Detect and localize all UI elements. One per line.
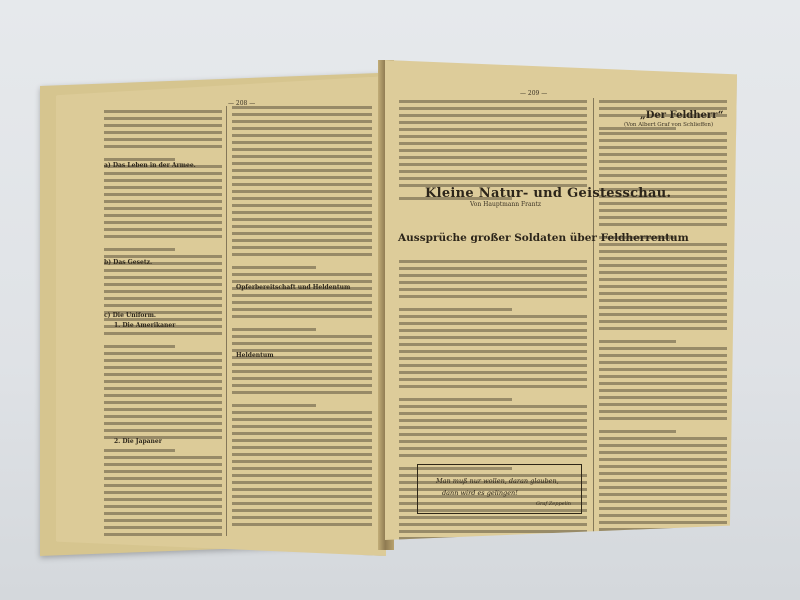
section-heading: a) Das Leben in der Armee. xyxy=(104,162,196,169)
quote-box: Man muß nur wollen, daran glauben, dann … xyxy=(417,464,582,514)
section-heading: b) Das Gesetz. xyxy=(104,259,152,266)
text-line xyxy=(232,218,372,221)
text-line xyxy=(232,391,372,394)
text-line xyxy=(104,394,222,397)
text-line xyxy=(599,306,727,309)
text-line xyxy=(232,273,372,276)
text-line xyxy=(599,514,727,517)
text-line xyxy=(599,368,727,371)
text-line xyxy=(599,167,727,170)
text-line xyxy=(104,255,222,258)
section-heading: 1. Die Amerikaner xyxy=(114,322,175,329)
text-line xyxy=(104,110,222,113)
article-title: Kleine Natur- und Geistesschau. xyxy=(425,186,671,201)
text-line xyxy=(599,181,727,184)
text-line xyxy=(104,158,175,161)
text-line xyxy=(599,396,727,399)
text-line xyxy=(599,472,727,475)
text-line xyxy=(399,274,587,277)
right-page-number: — 209 — xyxy=(520,90,547,97)
text-line xyxy=(399,447,587,450)
text-line xyxy=(399,350,587,353)
text-line xyxy=(399,100,587,103)
section-heading: Heldentum xyxy=(236,352,274,359)
text-line xyxy=(104,408,222,411)
text-line xyxy=(599,451,727,454)
text-line xyxy=(599,417,727,420)
text-line xyxy=(399,530,587,533)
text-line xyxy=(104,290,222,293)
text-line xyxy=(232,183,372,186)
section-heading: 2. Die Japaner xyxy=(114,438,162,445)
text-line xyxy=(232,523,372,526)
text-line xyxy=(232,197,372,200)
text-line xyxy=(399,142,587,145)
text-line xyxy=(232,148,372,151)
text-line xyxy=(232,335,372,338)
text-line xyxy=(599,500,727,503)
text-line xyxy=(232,425,372,428)
text-line xyxy=(104,449,175,452)
text-line xyxy=(599,528,727,531)
text-line xyxy=(599,458,727,461)
text-line xyxy=(399,322,587,325)
text-line xyxy=(104,345,175,348)
text-line xyxy=(232,113,372,116)
text-line xyxy=(399,523,587,526)
text-line xyxy=(399,170,587,173)
text-line xyxy=(399,315,587,318)
text-line xyxy=(232,308,372,311)
text-line xyxy=(232,460,372,463)
text-line xyxy=(104,526,222,529)
text-line xyxy=(232,155,372,158)
side-article-subtitle: (Von Albert Graf von Schlieffen) xyxy=(624,122,713,128)
text-line xyxy=(232,246,372,249)
text-line xyxy=(599,257,727,260)
text-line xyxy=(104,477,222,480)
text-line xyxy=(232,141,372,144)
text-line xyxy=(599,160,727,163)
text-line xyxy=(232,169,372,172)
text-line xyxy=(104,533,222,536)
text-line xyxy=(599,465,727,468)
text-line xyxy=(399,405,587,408)
text-line xyxy=(599,100,727,103)
text-line xyxy=(599,389,727,392)
text-line xyxy=(104,415,222,418)
quote-author: Graf Zeppelin xyxy=(536,501,571,507)
text-line xyxy=(104,179,222,182)
text-line xyxy=(104,269,222,272)
text-line xyxy=(399,412,587,415)
text-line xyxy=(232,467,372,470)
text-line xyxy=(399,329,587,332)
text-line xyxy=(232,488,372,491)
text-line xyxy=(104,221,222,224)
section-heading: Opferbereitschaft und Heldentum xyxy=(236,284,350,291)
quote-line-1: Man muß nur wollen, daran glauben, xyxy=(436,477,559,485)
text-line xyxy=(104,248,175,251)
text-line xyxy=(104,359,222,362)
text-line xyxy=(599,299,727,302)
text-line xyxy=(104,235,222,238)
text-line xyxy=(232,418,372,421)
text-line xyxy=(599,132,727,135)
text-line xyxy=(104,519,222,522)
text-line xyxy=(232,301,372,304)
text-line xyxy=(599,479,727,482)
text-line xyxy=(232,502,372,505)
text-line xyxy=(232,516,372,519)
text-line xyxy=(104,117,222,120)
text-line xyxy=(232,134,372,137)
text-line xyxy=(599,410,727,413)
text-line xyxy=(399,537,587,540)
text-line xyxy=(104,131,222,134)
text-line xyxy=(104,429,222,432)
text-line xyxy=(399,267,587,270)
column-rule xyxy=(593,98,594,538)
text-line xyxy=(599,139,727,142)
column-rule xyxy=(226,106,227,536)
text-line xyxy=(599,361,727,364)
text-line xyxy=(232,384,372,387)
text-line xyxy=(104,373,222,376)
text-line xyxy=(104,193,222,196)
text-line xyxy=(104,456,222,459)
text-line xyxy=(399,336,587,339)
text-line xyxy=(599,320,727,323)
text-line xyxy=(232,481,372,484)
text-line xyxy=(232,495,372,498)
text-line xyxy=(104,172,222,175)
text-line xyxy=(599,507,727,510)
text-line xyxy=(104,512,222,515)
text-line xyxy=(104,214,222,217)
text-line xyxy=(399,308,512,311)
text-line xyxy=(599,216,727,219)
text-line xyxy=(399,156,587,159)
text-line xyxy=(399,433,587,436)
text-line xyxy=(599,486,727,489)
text-line xyxy=(399,419,587,422)
text-line xyxy=(232,120,372,123)
text-line xyxy=(399,149,587,152)
text-line xyxy=(599,153,727,156)
text-line xyxy=(232,509,372,512)
text-line xyxy=(399,295,587,298)
text-line xyxy=(104,505,222,508)
text-line xyxy=(104,332,222,335)
text-line xyxy=(232,315,372,318)
text-line xyxy=(104,352,222,355)
text-line xyxy=(104,304,222,307)
text-line xyxy=(232,266,316,269)
text-line xyxy=(399,288,587,291)
text-line xyxy=(104,145,222,148)
text-line xyxy=(599,354,727,357)
text-line xyxy=(232,432,372,435)
text-line xyxy=(104,200,222,203)
text-line xyxy=(104,207,222,210)
text-line xyxy=(599,223,727,226)
section-heading: c) Die Uniform. xyxy=(104,312,156,319)
text-line xyxy=(399,454,587,457)
text-line xyxy=(599,250,727,253)
text-line xyxy=(232,453,372,456)
text-line xyxy=(399,371,587,374)
text-line xyxy=(599,375,727,378)
text-line xyxy=(599,327,727,330)
text-line xyxy=(399,114,587,117)
text-line xyxy=(399,163,587,166)
text-line xyxy=(599,403,727,406)
article-subtitle: Aussprüche großer Soldaten über Feldherr… xyxy=(398,232,689,244)
text-line xyxy=(104,401,222,404)
left-page-column-2 xyxy=(232,106,372,530)
text-line xyxy=(599,437,727,440)
text-line xyxy=(599,292,727,295)
text-line xyxy=(599,271,727,274)
text-line xyxy=(232,211,372,214)
text-line xyxy=(232,127,372,130)
text-line xyxy=(104,463,222,466)
text-line xyxy=(232,294,372,297)
text-line xyxy=(599,382,727,385)
text-line xyxy=(104,283,222,286)
text-line xyxy=(399,385,587,388)
text-line xyxy=(599,493,727,496)
text-line xyxy=(599,209,727,212)
text-line xyxy=(399,398,512,401)
article-author: Von Hauptmann Frantz xyxy=(470,201,541,208)
text-line xyxy=(104,186,222,189)
left-page: — 208 — a) Das Leben in der Armee. b) Da… xyxy=(56,76,386,556)
text-line xyxy=(599,146,727,149)
text-line xyxy=(232,411,372,414)
text-line xyxy=(232,176,372,179)
text-line xyxy=(599,535,727,538)
text-line xyxy=(399,440,587,443)
text-line xyxy=(232,162,372,165)
text-line xyxy=(104,124,222,127)
text-line xyxy=(104,387,222,390)
text-line xyxy=(599,313,727,316)
text-line xyxy=(232,106,372,109)
text-line xyxy=(232,342,372,345)
text-line xyxy=(599,521,727,524)
text-line xyxy=(399,177,587,180)
text-line xyxy=(232,439,372,442)
text-line xyxy=(599,285,727,288)
text-line xyxy=(232,446,372,449)
text-line xyxy=(599,174,727,177)
text-line xyxy=(104,422,222,425)
text-line xyxy=(399,135,587,138)
text-line xyxy=(399,260,587,263)
text-line xyxy=(399,107,587,110)
text-line xyxy=(399,364,587,367)
text-line xyxy=(599,202,727,205)
text-line xyxy=(599,347,727,350)
text-line xyxy=(399,128,587,131)
text-line xyxy=(232,404,316,407)
text-line xyxy=(599,444,727,447)
text-line xyxy=(399,516,587,519)
text-line xyxy=(104,228,222,231)
text-line xyxy=(232,377,372,380)
text-line xyxy=(104,276,222,279)
text-line xyxy=(232,328,316,331)
quote-line-2: dann wird es gelingen! xyxy=(442,489,518,497)
text-line xyxy=(104,297,222,300)
text-line xyxy=(232,280,372,283)
text-line xyxy=(232,363,372,366)
text-line xyxy=(232,253,372,256)
text-line xyxy=(399,378,587,381)
text-line xyxy=(104,380,222,383)
text-line xyxy=(232,474,372,477)
text-line xyxy=(399,343,587,346)
text-line xyxy=(232,204,372,207)
text-line xyxy=(599,264,727,267)
text-line xyxy=(399,281,587,284)
text-line xyxy=(104,366,222,369)
text-line xyxy=(232,239,372,242)
text-line xyxy=(232,232,372,235)
text-line xyxy=(104,498,222,501)
text-line xyxy=(399,121,587,124)
text-line xyxy=(399,357,587,360)
text-line xyxy=(104,138,222,141)
text-line xyxy=(104,470,222,473)
text-line xyxy=(104,491,222,494)
text-line xyxy=(599,278,727,281)
side-article-title: „Der Feldherr“ xyxy=(640,110,724,121)
text-line xyxy=(232,225,372,228)
text-line xyxy=(232,190,372,193)
text-line xyxy=(399,426,587,429)
text-line xyxy=(104,484,222,487)
text-line xyxy=(232,370,372,373)
text-line xyxy=(599,340,676,343)
text-line xyxy=(599,430,676,433)
